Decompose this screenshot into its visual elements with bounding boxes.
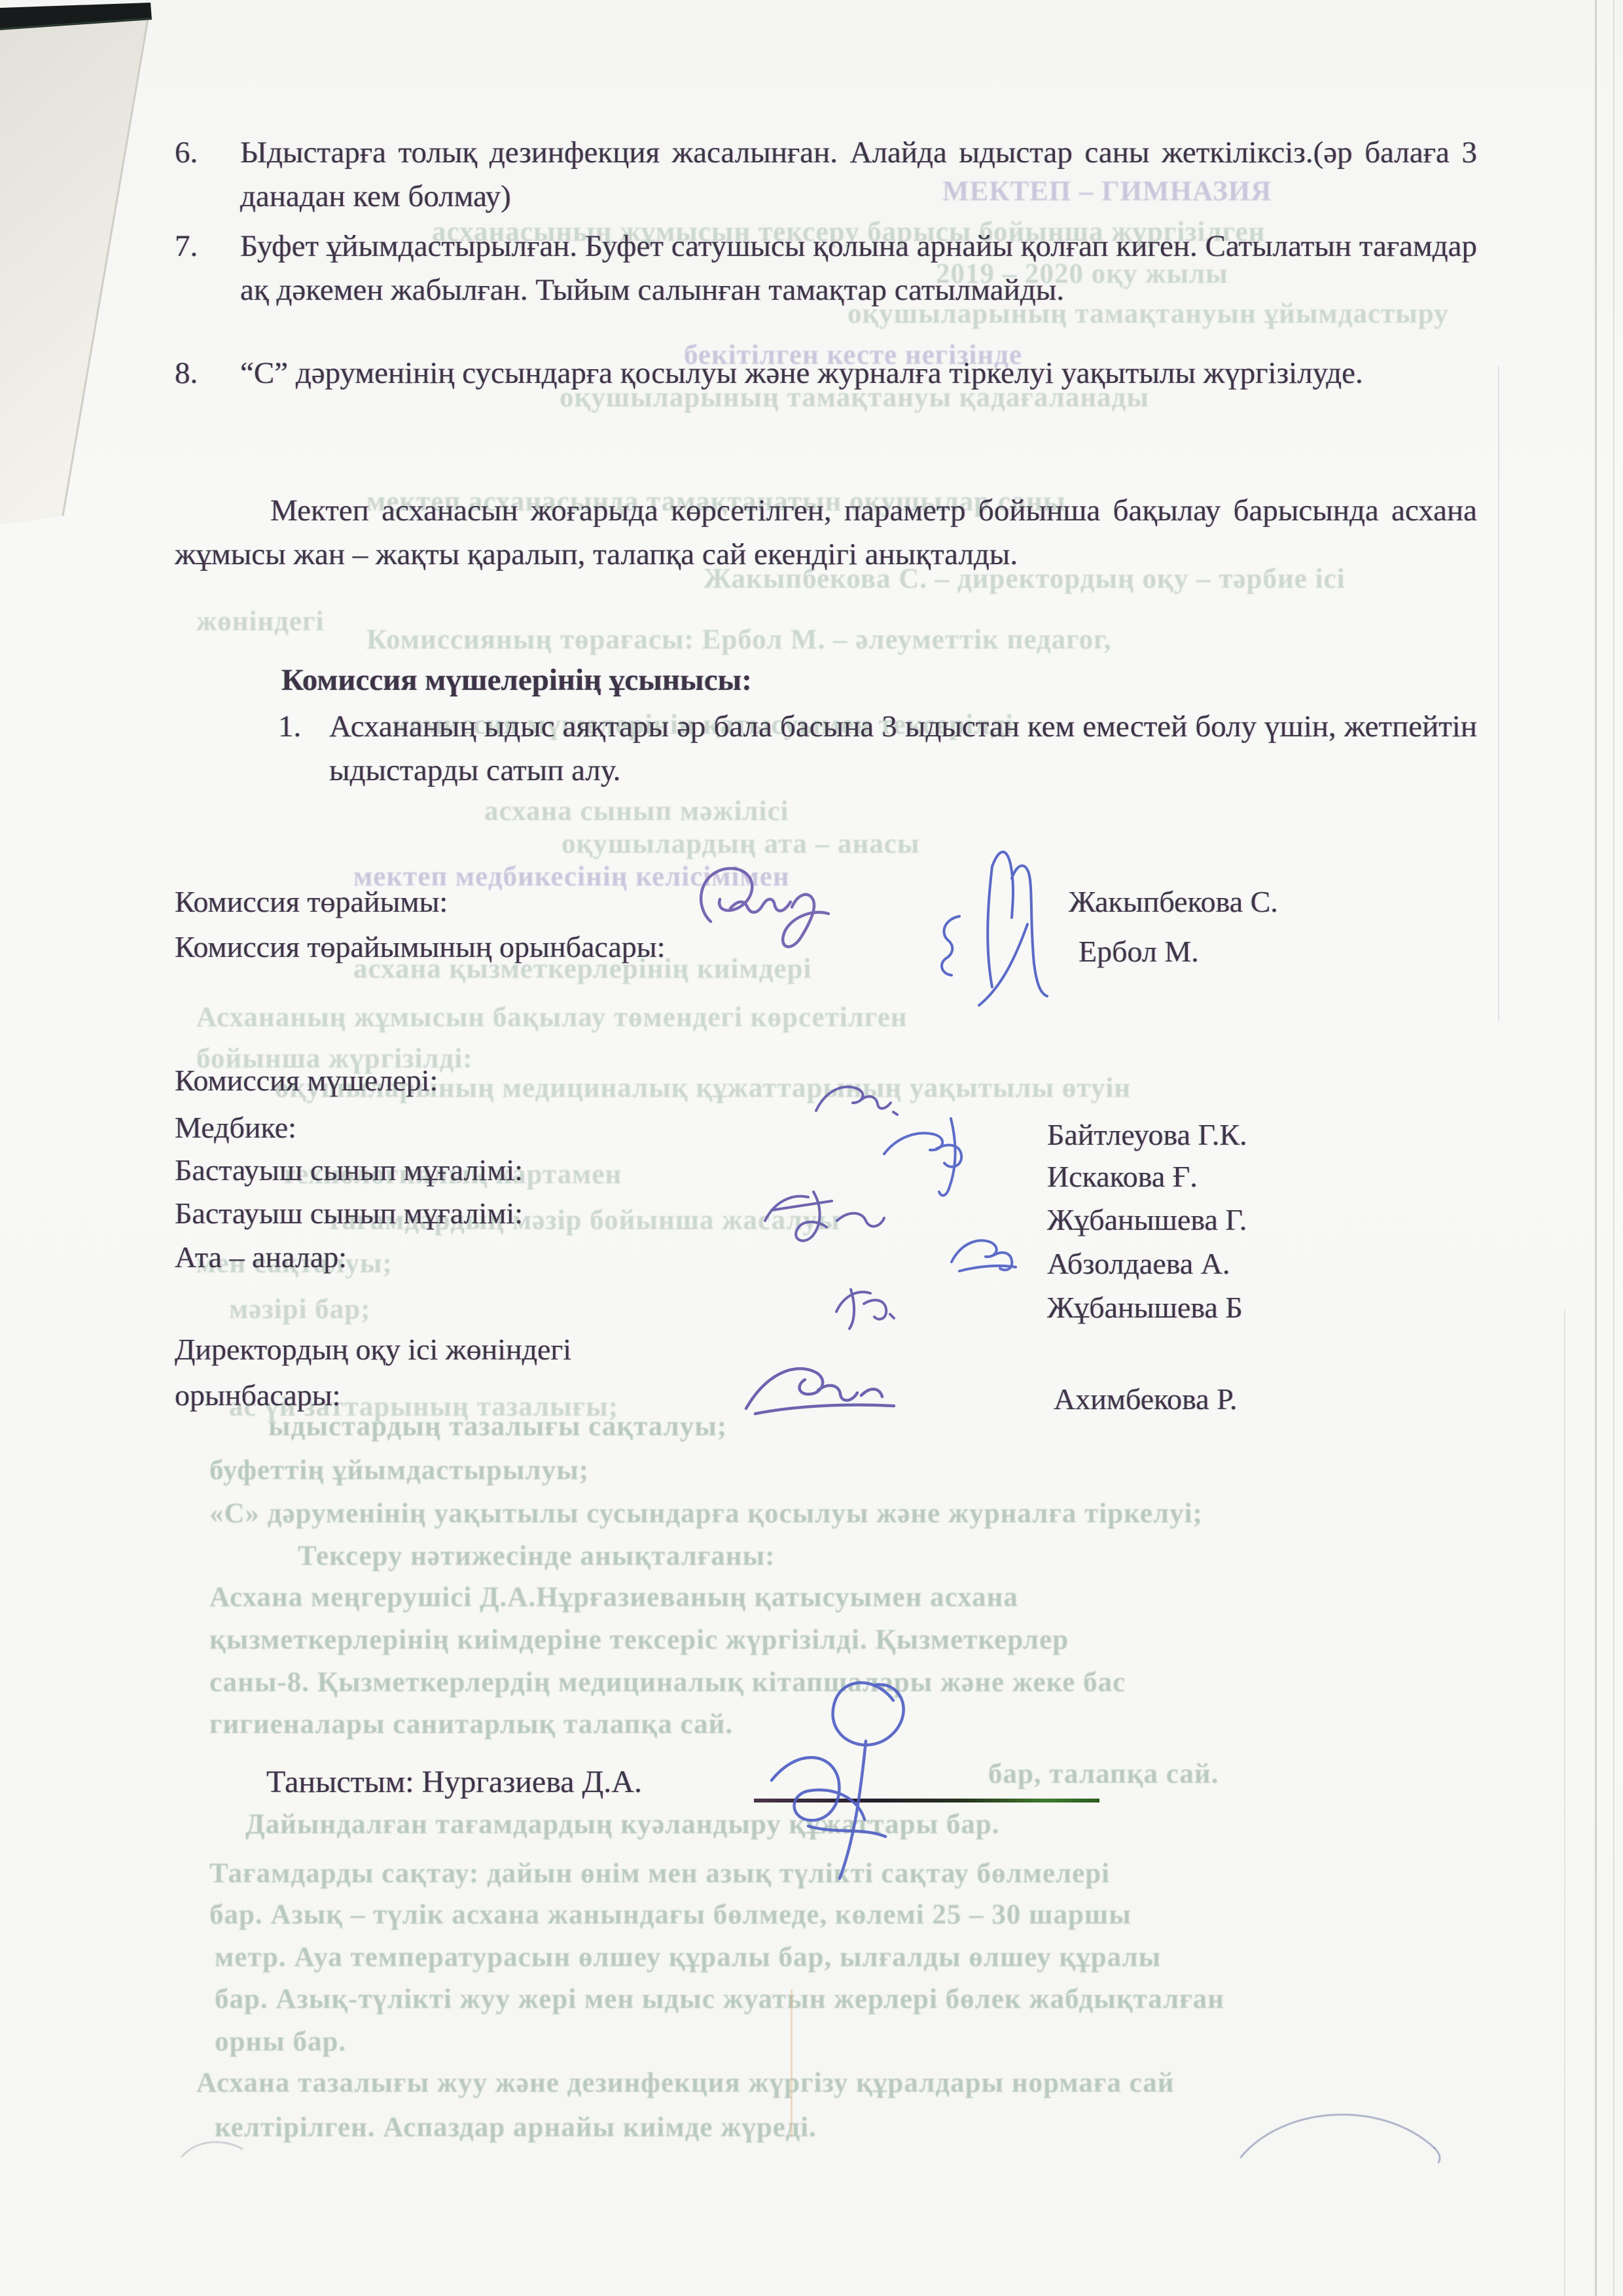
bleed-through-line: асхана сынып мәжілісі (484, 795, 789, 827)
member-name: Байтлеуова Г.К. (1047, 1118, 1247, 1152)
proposal-item-text: Асхананың ыдыс аяқтары әр бала басына 3 … (329, 705, 1477, 793)
bleed-through-line: Тексеру нәтижесінде анықталғаны: (298, 1540, 775, 1572)
bleed-through-line: метр. Ауа температурасын өлшеу құралы ба… (215, 1941, 1161, 1973)
proposal-heading: Комиссия мүшелерінің ұсынысы: (281, 662, 752, 698)
proposal-item-number: 1. (278, 705, 329, 793)
signature-zhubanysheva-g (756, 1174, 893, 1246)
bleed-through-line: Асхананың жұмысын бақылау төмендегі көрс… (196, 1001, 908, 1033)
member-label: Бастауыш сынып мұғалімі: (175, 1196, 523, 1230)
bleed-through-line: Комиссияның төрағасы: Ербол М. – әлеумет… (366, 624, 1112, 656)
members-label: Комиссия мүшелері: (175, 1064, 438, 1098)
bleed-through-line: бар. Азық-түлікті жуу жері мен ыдыс жуат… (215, 1983, 1224, 2015)
bleed-through-line: келтірілген. Аспаздар арнайы киімде жүре… (215, 2111, 817, 2144)
scan-streak (1613, 0, 1614, 2296)
member-label: Бастауыш сынып мұғалімі: (175, 1153, 523, 1187)
chair-label: Комиссия төрайымы: (175, 885, 448, 919)
member-name: Жұбанышева Б (1047, 1291, 1243, 1325)
proposal-item: 1.Асхананың ыдыс аяқтары әр бала басына … (278, 705, 1477, 793)
member-name: Искакова Ғ. (1047, 1160, 1198, 1194)
bleed-through-line: оқушылардың ата – анасы (562, 828, 919, 860)
bleed-through-line: буфеттің ұйымдастырылуы; (209, 1454, 589, 1486)
bleed-through-line: қызметкерлерінің киімдеріне тексеріс жүр… (209, 1624, 1069, 1656)
scan-streak (1595, 0, 1597, 2296)
signature-abzoldaeva (942, 1224, 1024, 1280)
bleed-through-line: гигиеналары санитарлық талапқа сай. (209, 1708, 733, 1740)
signature-erbol (929, 833, 1093, 1009)
chair-name: Жакыпбекова С. (1069, 885, 1278, 919)
signature-nurgazieva (730, 1662, 978, 1885)
bleed-through-line: саны-8. Қызметкерлердің медициналық кіта… (209, 1666, 1126, 1698)
signature-akhimbekova (734, 1354, 911, 1429)
member-name: Абзолдаева А. (1047, 1247, 1230, 1281)
deputy-name: Ербол М. (1079, 935, 1199, 969)
bleed-through-line: «С» дәруменінің уақытылы сусындарға қосы… (209, 1498, 1203, 1530)
acknowledgement-line: Таныстым: Нургазиева Д.А. (266, 1764, 642, 1800)
summary-paragraph: Мектеп асханасын жоғарыда көрсетілген, п… (175, 489, 1477, 577)
scan-streak (1564, 1309, 1565, 2296)
numbered-list-item: 7.Буфет ұйымдастырылған. Буфет сатушысы … (175, 224, 1477, 312)
signature-zhakypbekova (687, 859, 844, 947)
bleed-through-line: Асхана тазалығы жуу және дезинфекция жүр… (196, 2067, 1175, 2099)
list-item-text: Буфет ұйымдастырылған. Буфет сатушысы қо… (240, 224, 1477, 312)
list-item-number: 8. (175, 351, 240, 395)
list-item-number: 6. (175, 131, 240, 219)
bleed-through-line: Асхана меңгерушісі Д.А.Нұрғазиеваның қат… (209, 1581, 1018, 1613)
list-item-text: “С” дәруменінің сусындарға қосылуы және … (240, 351, 1477, 395)
deputy-label: Комиссия төрайымының орынбасары: (175, 930, 665, 964)
bleed-through-line: орны бар. (215, 2026, 346, 2058)
numbered-list-item: 8.“С” дәруменінің сусындарға қосылуы жән… (175, 351, 1477, 395)
stray-pen-mark (177, 2130, 249, 2166)
bleed-through-line: бар. Азық – түлік асхана жанындағы бөлме… (209, 1899, 1132, 1931)
list-item-text: Ыдыстарға толық дезинфекция жасалынған. … (240, 131, 1477, 219)
bleed-through-line: бар, талапқа сай. (988, 1758, 1219, 1790)
stray-pen-arc (1237, 2094, 1459, 2173)
member-label: Медбике: (175, 1111, 296, 1145)
scan-streak (1498, 367, 1499, 1021)
scan-streak (791, 1990, 793, 2137)
numbered-list-item: 6.Ыдыстарға толық дезинфекция жасалынған… (175, 131, 1477, 219)
director-name: Ахимбекова Р. (1054, 1382, 1238, 1416)
scanned-document-page: МЕКТЕП – ГИМНАЗИЯасханасының жұмысын тек… (0, 0, 1623, 2296)
member-name: Жұбанышева Г. (1047, 1203, 1247, 1237)
bleed-through-line: ыдыстардың тазалығы сақталуы; (268, 1410, 727, 1443)
member-label: Ата – аналар: (175, 1240, 347, 1274)
signature-zhubanysheva-b (826, 1271, 914, 1333)
director-label-line1: Директордың оқу ісі жөніндегі (175, 1333, 571, 1367)
list-item-number: 7. (175, 224, 240, 312)
bleed-through-line: мәзірі бар; (229, 1293, 370, 1325)
bleed-through-line: жөніндегі (196, 605, 325, 637)
director-label-line2: орынбасары: (175, 1378, 340, 1412)
